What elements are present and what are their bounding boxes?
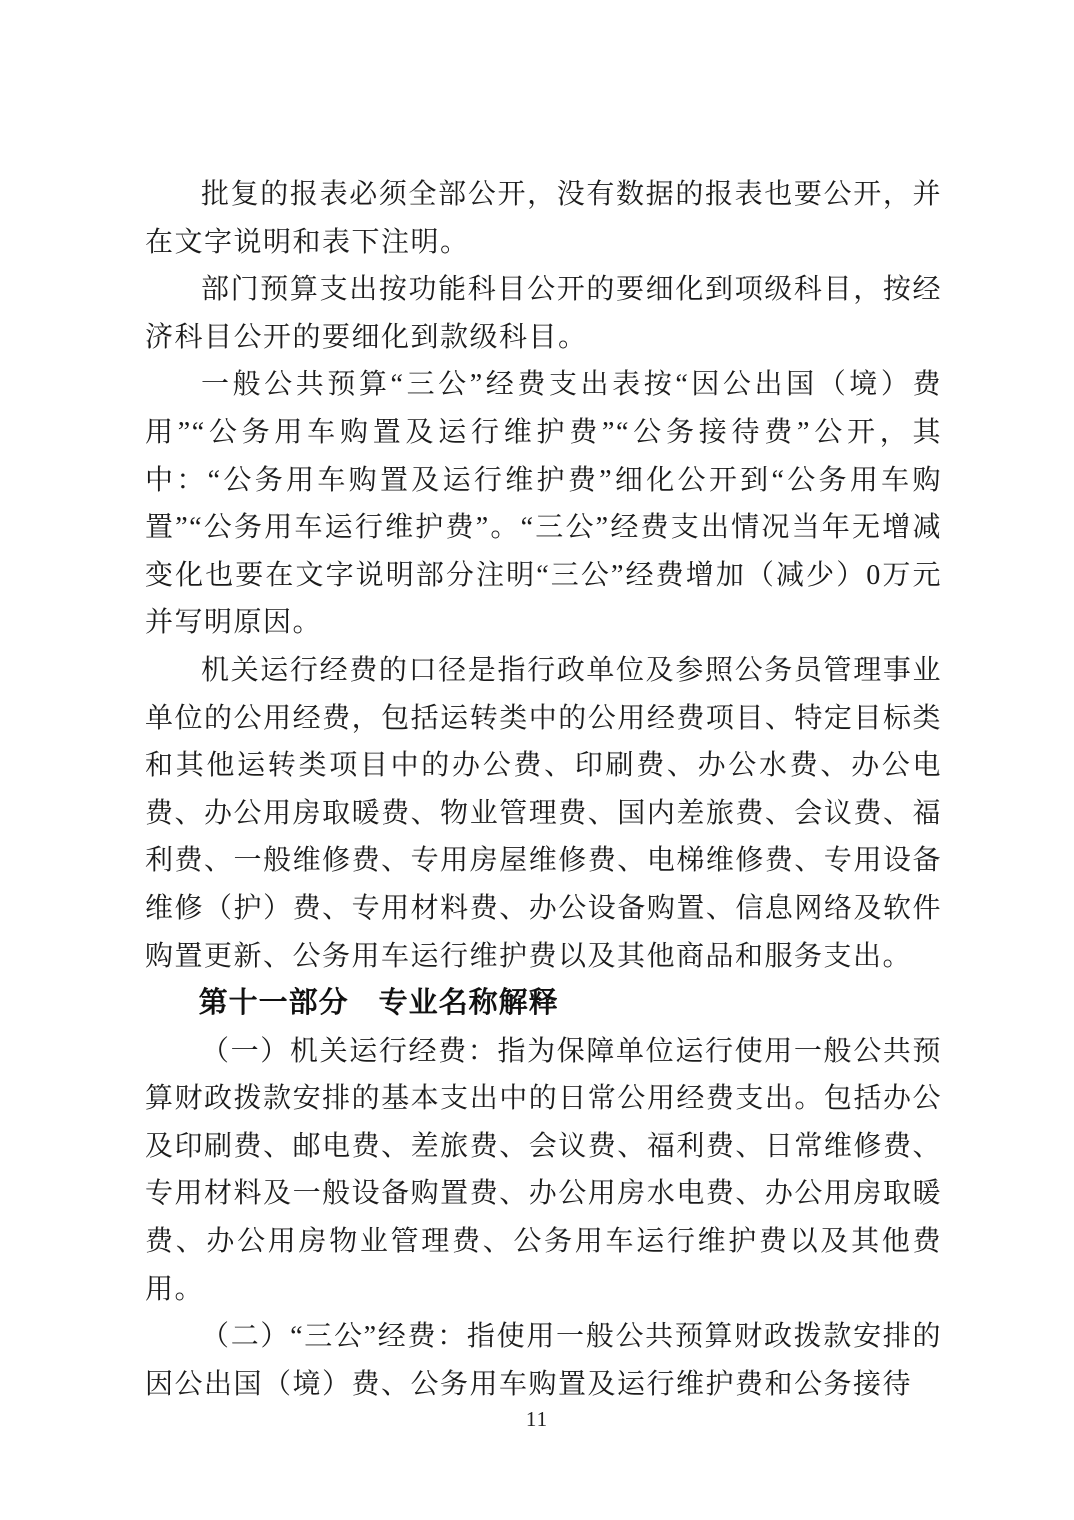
paragraph-term-agency-operating-expense: （一）机关运行经费：指为保障单位运行使用一般公共预算财政拨款安排的基本支出中的日… bbox=[145, 1028, 942, 1314]
section-heading-part-eleven: 第十一部分 专业名称解释 bbox=[145, 980, 942, 1028]
paragraph-report-disclosure: 批复的报表必须全部公开，没有数据的报表也要公开，并在文字说明和表下注明。 bbox=[145, 171, 942, 266]
document-body: 批复的报表必须全部公开，没有数据的报表也要公开，并在文字说明和表下注明。 部门预… bbox=[145, 171, 942, 1408]
paragraph-three-public-expense-table: 一般公共预算“三公”经费支出表按“因公出国（境）费用”“公务用车购置及运行维护费… bbox=[145, 361, 942, 647]
paragraph-agency-operating-expense-scope: 机关运行经费的口径是指行政单位及参照公务员管理事业单位的公用经费，包括运转类中的… bbox=[145, 647, 942, 980]
paragraph-term-three-public-expense: （二）“三公”经费：指使用一般公共预算财政拨款安排的因公出国（境）费、公务用车购… bbox=[145, 1313, 942, 1408]
paragraph-budget-detail-level: 部门预算支出按功能科目公开的要细化到项级科目，按经济科目公开的要细化到款级科目。 bbox=[145, 266, 942, 361]
page-number: 11 bbox=[0, 1407, 1074, 1432]
document-page: 批复的报表必须全部公开，没有数据的报表也要公开，并在文字说明和表下注明。 部门预… bbox=[0, 0, 1074, 1520]
